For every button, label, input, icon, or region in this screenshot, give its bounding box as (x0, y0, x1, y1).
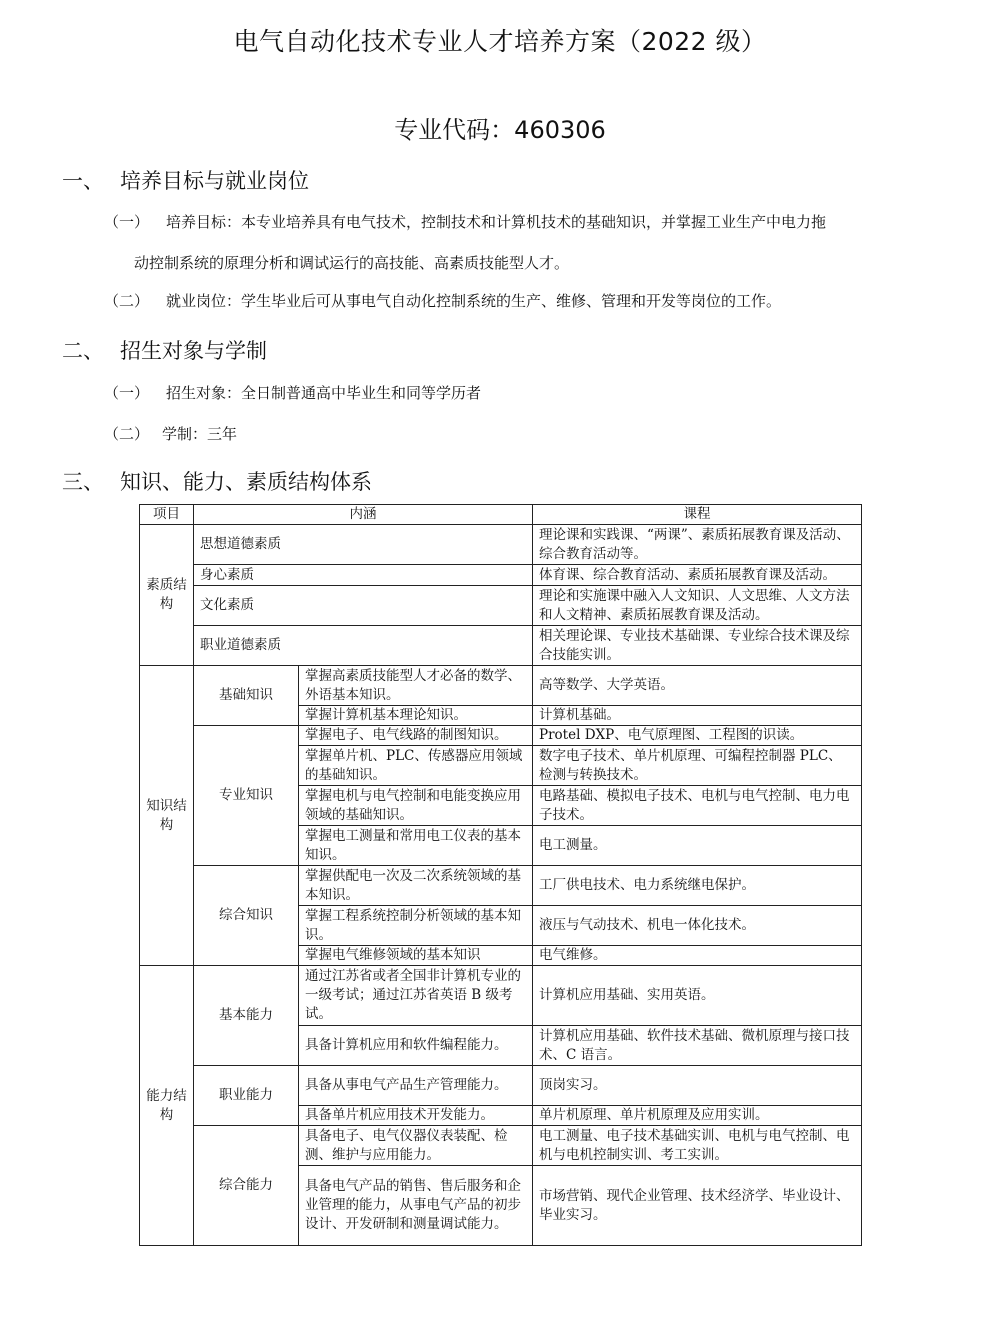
item-text: 招生对象：全日制普通高中毕业生和同等学历者 (166, 384, 481, 402)
content-cell: 掌握单片机、PLC、传感器应用领域的基础知识。 (299, 746, 533, 786)
structure-table-wrapper: 项目 内涵 课程 素质结构 思想道德素质 理论课和实践课、“两课”、素质拓展教育… (139, 504, 862, 1246)
group-quality: 素质结构 (140, 525, 194, 666)
content-cell: 掌握计算机基本理论知识。 (299, 706, 533, 726)
content-cell: 掌握工程系统控制分析领域的基本知识。 (299, 906, 533, 946)
course-cell: 电工测量、电子技术基础实训、电机与电气控制、电机与电机控制实训、考工实训。 (533, 1126, 862, 1166)
content-cell: 身心素质 (194, 565, 533, 586)
table-row: 职业道德素质 相关理论课、专业技术基础课、专业综合技术课及综合技能实训。 (140, 626, 862, 666)
item-mark: （一） (104, 383, 166, 403)
course-cell: 顶岗实习。 (533, 1066, 862, 1106)
section-number: 二、 (62, 335, 120, 365)
course-cell: 电路基础、模拟电子技术、电机与电气控制、电力电子技术。 (533, 786, 862, 826)
table-row: 素质结构 思想道德素质 理论课和实践课、“两课”、素质拓展教育课及活动、综合教育… (140, 525, 862, 565)
content-cell: 具备从事电气产品生产管理能力。 (299, 1066, 533, 1106)
section-heading-2: 二、招生对象与学制 (62, 335, 267, 365)
structure-table: 项目 内涵 课程 素质结构 思想道德素质 理论课和实践课、“两课”、素质拓展教育… (139, 504, 862, 1246)
content-cell: 具备计算机应用和软件编程能力。 (299, 1026, 533, 1066)
content-cell: 掌握电机与电气控制和电能变换应用领域的基础知识。 (299, 786, 533, 826)
document-title: 电气自动化技术专业人才培养方案（2022 级） (0, 22, 1000, 58)
content-cell: 通过江苏省或者全国非计算机专业的一级考试；通过江苏省英语 B 级考试。 (299, 966, 533, 1026)
item-mark: （二） (104, 291, 166, 311)
section-heading-3: 三、知识、能力、素质结构体系 (62, 466, 372, 496)
item-text: 培养目标：本专业培养具有电气技术，控制技术和计算机技术的基础知识，并掌握工业生产… (166, 213, 826, 231)
content-cell: 具备单片机应用技术开发能力。 (299, 1106, 533, 1126)
course-cell: 市场营销、现代企业管理、技术经济学、毕业设计、毕业实习。 (533, 1166, 862, 1246)
course-cell: 计算机应用基础、软件技术基础、微机原理与接口技术、C 语言。 (533, 1026, 862, 1066)
section-number: 三、 (62, 466, 120, 496)
table-row: 综合能力 具备电子、电气仪器仪表装配、检测、维护与应用能力。 电工测量、电子技术… (140, 1126, 862, 1166)
section-title: 培养目标与就业岗位 (120, 169, 309, 193)
content-cell: 掌握供配电一次及二次系统领域的基本知识。 (299, 866, 533, 906)
header-content: 内涵 (194, 505, 533, 525)
course-cell: 计算机基础。 (533, 706, 862, 726)
section-title: 招生对象与学制 (120, 339, 267, 363)
subgroup-professional-knowledge: 专业知识 (194, 726, 299, 866)
content-cell: 思想道德素质 (194, 525, 533, 565)
paragraph-employment: （二）就业岗位：学生毕业后可从事电气自动化控制系统的生产、维修、管理和开发等岗位… (104, 291, 964, 311)
course-cell: 理论课和实践课、“两课”、素质拓展教育课及活动、综合教育活动等。 (533, 525, 862, 565)
course-cell: 单片机原理、单片机原理及应用实训。 (533, 1106, 862, 1126)
subgroup-professional-ability: 职业能力 (194, 1066, 299, 1126)
course-cell: 液压与气动技术、机电一体化技术。 (533, 906, 862, 946)
group-knowledge: 知识结构 (140, 666, 194, 966)
table-header-row: 项目 内涵 课程 (140, 505, 862, 525)
subgroup-comprehensive-knowledge: 综合知识 (194, 866, 299, 966)
course-cell: 电气维修。 (533, 946, 862, 966)
course-cell: 数字电子技术、单片机原理、可编程控制器 PLC、检测与转换技术。 (533, 746, 862, 786)
course-cell: 相关理论课、专业技术基础课、专业综合技术课及综合技能实训。 (533, 626, 862, 666)
item-text: 就业岗位：学生毕业后可从事电气自动化控制系统的生产、维修、管理和开发等岗位的工作… (166, 292, 781, 310)
paragraph-duration: （二）学制：三年 (104, 424, 964, 444)
subgroup-comprehensive-ability: 综合能力 (194, 1126, 299, 1246)
content-cell: 具备电气产品的销售、售后服务和企业管理的能力，从事电气产品的初步设计、开发研制和… (299, 1166, 533, 1246)
major-code: 专业代码：460306 (0, 110, 1000, 145)
item-text: 学制：三年 (162, 425, 237, 443)
group-ability: 能力结构 (140, 966, 194, 1246)
table-row: 知识结构 基础知识 掌握高素质技能型人才必备的数学、外语基本知识。 高等数学、大… (140, 666, 862, 706)
item-mark: （一） (104, 212, 166, 232)
table-row: 身心素质 体育课、综合教育活动、素质拓展教育课及活动。 (140, 565, 862, 586)
paragraph-enrollment: （一）招生对象：全日制普通高中毕业生和同等学历者 (104, 383, 964, 403)
table-row: 专业知识 掌握电子、电气线路的制图知识。 Protel DXP、电气原理图、工程… (140, 726, 862, 746)
course-cell: Protel DXP、电气原理图、工程图的识读。 (533, 726, 862, 746)
section-heading-1: 一、培养目标与就业岗位 (62, 165, 309, 195)
content-cell: 掌握电工测量和常用电工仪表的基本知识。 (299, 826, 533, 866)
content-cell: 掌握电气维修领域的基本知识 (299, 946, 533, 966)
content-cell: 掌握高素质技能型人才必备的数学、外语基本知识。 (299, 666, 533, 706)
header-course: 课程 (533, 505, 862, 525)
course-cell: 工厂供电技术、电力系统继电保护。 (533, 866, 862, 906)
course-cell: 电工测量。 (533, 826, 862, 866)
header-item: 项目 (140, 505, 194, 525)
item-mark: （二） (104, 424, 162, 444)
course-cell: 体育课、综合教育活动、素质拓展教育课及活动。 (533, 565, 862, 586)
table-row: 综合知识 掌握供配电一次及二次系统领域的基本知识。 工厂供电技术、电力系统继电保… (140, 866, 862, 906)
table-row: 文化素质 理论和实施课中融入人文知识、人文思维、人文方法和人文精神、素质拓展教育… (140, 586, 862, 626)
course-cell: 理论和实施课中融入人文知识、人文思维、人文方法和人文精神、素质拓展教育课及活动。 (533, 586, 862, 626)
table-row: 能力结构 基本能力 通过江苏省或者全国非计算机专业的一级考试；通过江苏省英语 B… (140, 966, 862, 1026)
course-cell: 计算机应用基础、实用英语。 (533, 966, 862, 1026)
table-row: 职业能力 具备从事电气产品生产管理能力。 顶岗实习。 (140, 1066, 862, 1106)
content-cell: 职业道德素质 (194, 626, 533, 666)
section-number: 一、 (62, 165, 120, 195)
content-cell: 掌握电子、电气线路的制图知识。 (299, 726, 533, 746)
section-title: 知识、能力、素质结构体系 (120, 470, 372, 494)
subgroup-basic-knowledge: 基础知识 (194, 666, 299, 726)
subgroup-basic-ability: 基本能力 (194, 966, 299, 1066)
content-cell: 具备电子、电气仪器仪表装配、检测、维护与应用能力。 (299, 1126, 533, 1166)
content-cell: 文化素质 (194, 586, 533, 626)
course-cell: 高等数学、大学英语。 (533, 666, 862, 706)
paragraph-training-goal: （一）培养目标：本专业培养具有电气技术，控制技术和计算机技术的基础知识，并掌握工… (104, 212, 964, 232)
paragraph-training-goal-cont: 动控制系统的原理分析和调试运行的高技能、高素质技能型人才。 (134, 253, 964, 273)
